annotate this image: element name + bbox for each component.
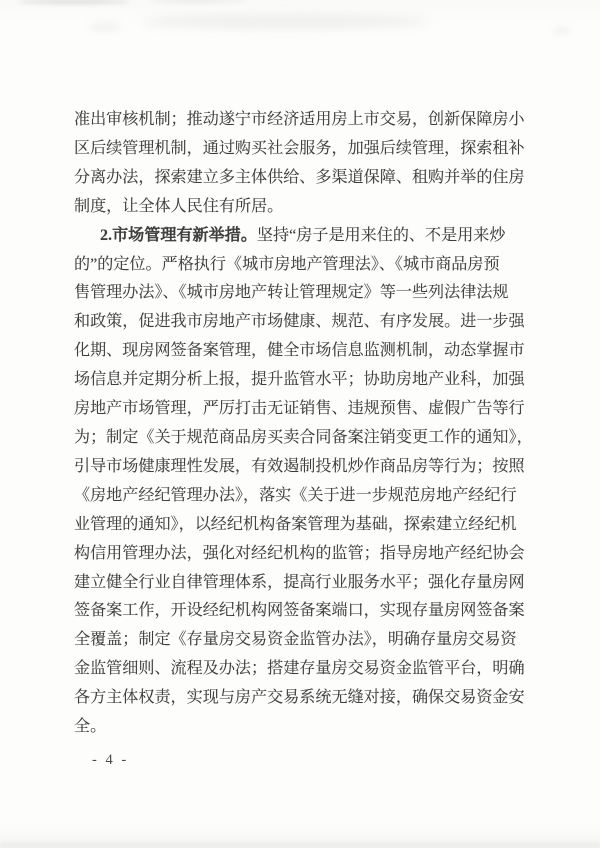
document-body-text: 准出审核机制；推动遂宁市经济适用房上市交易，创新保障房小区后续管理机制，通过购买… — [74, 106, 528, 742]
text-line: 业管理的通知》，以经纪机构备案管理为基础，探索建立经纪机 — [74, 511, 528, 540]
document-page: 准出审核机制；推动遂宁市经济适用房上市交易，创新保障房小区后续管理机制，通过购买… — [0, 0, 600, 848]
text-line: 全覆盖；制定《存量房交易资金监管办法》，明确存量房交易资 — [74, 626, 528, 655]
text-line: 构信用管理办法，强化对经纪机构的监管；指导房地产经纪协会 — [74, 540, 528, 569]
text-line: 各方主体权责，实现与房产交易系统无缝对接，确保交易资金安 — [74, 684, 528, 713]
ghost-text-bleedthrough — [140, 14, 430, 29]
text-line: 为；制定《关于规范商品房买卖合同备案注销变更工作的通知》， — [74, 424, 528, 453]
text-line: 全。 — [74, 713, 528, 742]
page-number: - 4 - — [92, 752, 129, 769]
scan-smudge — [0, 842, 600, 848]
text-line: 区后续管理机制，通过购买社会服务，加强后续管理，探索租补 — [74, 135, 528, 164]
text-line: 化期、现房网签备案管理，健全市场信息监测机制，动态掌握市 — [74, 337, 528, 366]
text-line: 2.市场管理有新举措。坚持“房子是用来住的、不是用来炒 — [74, 222, 528, 251]
text-line: 的”的定位。严格执行《城市房地产管理法》、《城市商品房预 — [74, 251, 528, 280]
ghost-text-bleedthrough — [88, 22, 122, 32]
scan-smudge — [150, 0, 245, 3]
text-line: 房地产市场管理，严厉打击无证销售、违规预售、虚假广告等行 — [74, 395, 528, 424]
text-line: 《房地产经纪管理办法》，落实《关于进一步规范房地产经纪行 — [74, 482, 528, 511]
text-line: 售管理办法》、《城市房地产转让管理规定》等一些列法律法规 — [74, 279, 528, 308]
text-line: 准出审核机制；推动遂宁市经济适用房上市交易，创新保障房小 — [74, 106, 528, 135]
text-line: 引导市场健康理性发展，有效遏制投机炒作商品房等行为；按照 — [74, 453, 528, 482]
text-line: 建立健全行业自律管理体系，提高行业服务水平；强化存量房网 — [74, 569, 528, 598]
text-line: 签备案工作，开设经纪机构网签备案端口，实现存量房网签备案 — [74, 597, 528, 626]
scan-smudge — [18, 0, 130, 4]
text-line: 分离办法，探索建立多主体供给、多渠道保障、租购并举的住房 — [74, 164, 528, 193]
text-line: 场信息并定期分析上报，提升监管水平；协助房地产业科，加强 — [74, 366, 528, 395]
text-line: 制度，让全体人民住有所居。 — [74, 193, 528, 222]
scan-smudge — [552, 26, 572, 35]
text-line: 金监管细则、流程及办法；搭建存量房交易资金监管平台，明确 — [74, 655, 528, 684]
text-line: 和政策，促进我市房地产市场健康、规范、有序发展。进一步强 — [74, 308, 528, 337]
bold-heading: 2.市场管理有新举措。 — [100, 227, 257, 244]
